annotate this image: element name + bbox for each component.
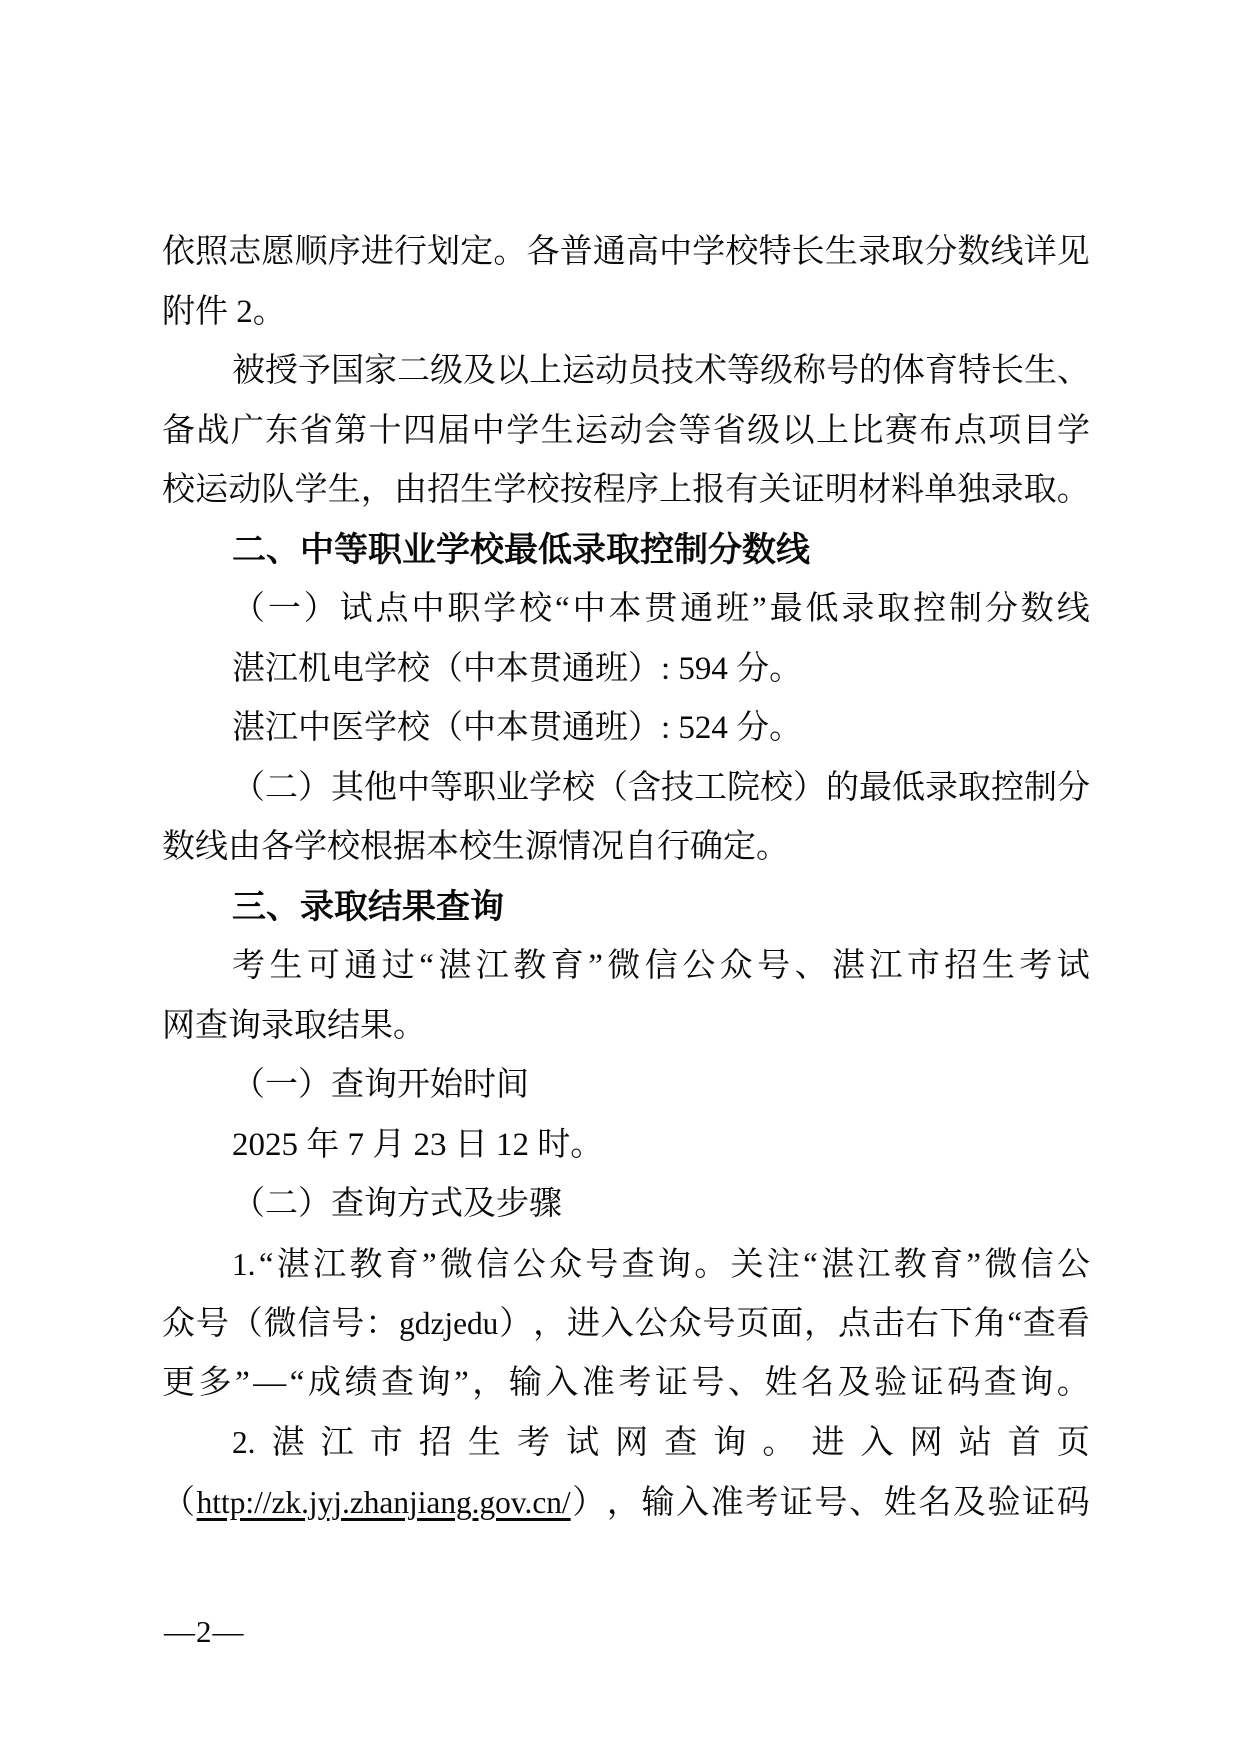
text-token: 数 [957,223,990,283]
text-token: 校 [162,461,195,521]
text-token: （ [595,759,628,819]
text-token: 入 [676,1474,709,1534]
text-token: 证 [780,1474,813,1534]
text-token: （ [232,580,265,640]
text-token: 号 [691,1354,724,1414]
text-token: 材 [858,461,891,521]
text-token: 报 [692,461,725,521]
text-token: ” [752,580,767,640]
text-token: 级 [747,402,780,462]
text-token: （二）查询方式及步骤 [232,1186,562,1222]
text-token: 级 [430,342,463,402]
text-token: 多 [199,1354,232,1414]
text-token: 特 [759,223,792,283]
text-token: 明 [825,461,858,521]
text-token: 最 [859,759,892,819]
text-token: 下 [940,1295,973,1355]
text-token: （一）查询开始时间 [232,1067,529,1103]
text-token: 术 [694,342,727,402]
text-token: 、 [795,937,828,997]
text-token: 最 [770,580,803,640]
text-token: — [253,1354,286,1414]
text-token: 项 [988,402,1021,462]
text-token: 序 [626,461,659,521]
text-token: 及 [838,1354,871,1414]
text-token: 信 [645,937,678,997]
text-token: 含 [628,759,661,819]
text-line: 2.湛江市招生考试网查询。进入网站首页 [162,1413,1090,1473]
text-token: 通 [344,937,377,997]
text-token: ： [365,1295,398,1355]
text-token: 江 [857,1236,890,1296]
text-token: 分 [1057,759,1090,819]
text-token: 技 [661,759,694,819]
text-token: 学 [506,402,539,462]
text-token: 成 [308,1354,341,1414]
text-token: 行 [394,223,427,283]
text-token: ） [499,1295,532,1355]
text-token: 关 [731,1236,764,1296]
text-token: 进 [567,1295,600,1355]
text-token: ， [607,1474,640,1534]
text-token: 职 [447,580,480,640]
text-token: ， [804,1295,837,1355]
text-token: 控 [913,580,946,640]
text-token: 绩 [345,1354,378,1414]
text-token: 详 [1024,223,1057,283]
text-token: ， [472,1354,505,1414]
text-token: 。 [762,1414,795,1474]
text-token: 通 [593,223,626,283]
text-token: 见 [1057,223,1090,283]
text-token: 学 [1057,402,1090,462]
text-token: 生 [541,402,574,462]
text-token: 查 [622,1236,655,1296]
text-token: 查 [1023,1295,1056,1355]
text-line: （一）查询开始时间 [162,1056,1090,1116]
text-token: 考 [618,1354,651,1414]
text-token: 证 [655,1354,688,1414]
text-token: 教 [513,937,546,997]
text-token: 输 [509,1354,542,1414]
text-line: （二）查询方式及步骤 [162,1175,1090,1235]
text-token: 动 [609,402,642,462]
text-token: 微 [984,1236,1017,1296]
text-token: 注 [767,1236,800,1296]
text-line: 附件 2。 [162,283,1090,343]
text-line: 湛江中医学校（中本贯通班）: 524 分。 [162,699,1090,759]
text-token: 长 [792,223,825,283]
text-token: 页 [736,1295,769,1355]
text-token: 考 [517,1414,550,1474]
text-token: 号 [196,1295,229,1355]
text-token: 程 [593,461,626,521]
text-token: 中 [659,223,692,283]
text-token: 江 [321,1414,354,1474]
text-token: 授 [265,342,298,402]
text-token: 号 [331,1295,364,1355]
text-token: 右 [906,1295,939,1355]
text-token: 比 [850,402,883,462]
text-token: 上 [659,461,692,521]
text-token: （ [232,759,265,819]
text-token: 湛 [277,1236,310,1296]
text-token: “ [419,937,434,997]
text-token: 取 [891,223,924,283]
text-token: 会 [644,402,677,462]
text-token: 微 [607,937,640,997]
text-token: 准 [582,1354,615,1414]
text-token: 可 [307,937,340,997]
text-token: 入 [601,1295,634,1355]
text-token: 二 [265,759,298,819]
text-token: 以 [496,342,529,402]
text-line: 湛江机电学校（中本贯通班）: 594 分。 [162,640,1090,700]
text-token: 校 [760,759,793,819]
text-line: 数线由各学校根据本校生源情况自行确定。 [162,818,1090,878]
text-token: 考 [745,1474,778,1534]
text-token: 控 [991,759,1024,819]
text-token: 数线由各学校根据本校生源情况自行确定。 [162,829,789,865]
text-token: 单 [924,461,957,521]
text-line: 2025 年 7 月 23 日 12 时。 [162,1116,1090,1176]
text-line: 二、中等职业学校最低录取控制分数线 [162,521,1090,581]
text-line: 网查询录取结果。 [162,997,1090,1057]
text-token: 学 [295,461,328,521]
text-token: 、 [728,1354,761,1414]
text-token: 低 [805,580,838,640]
text-token: 页 [1057,1414,1090,1474]
text-token: 询 [713,1414,746,1474]
text-token: “ [555,580,570,640]
text-token: 信 [298,1295,331,1355]
text-token: 分 [924,223,957,283]
text-token: gdzjedu [399,1294,498,1354]
text-token: 运 [575,402,608,462]
text-token: 育 [925,342,958,402]
text-token: 招 [419,1414,452,1474]
text-token: 码 [947,1354,980,1414]
text-token: 划 [427,223,460,283]
text-token: 家 [364,342,397,402]
text-token: 网查询录取结果。 [162,1008,426,1044]
text-line: 备战广东省第十四届中学生运动会等省级以上比赛布点项目学 [162,402,1090,462]
text-token: 线 [1057,580,1090,640]
document-page: 依照志愿顺序进行划定。各普通高中学校特长生录取分数线详见附件 2。被授予国家二级… [0,0,1240,1754]
text-token: 运 [562,342,595,402]
text-token: 号 [702,1295,735,1355]
text-token: 序 [328,223,361,283]
text-token: 微 [440,1236,473,1296]
text-token: 2025 年 7 月 23 日 12 时。 [232,1127,603,1163]
text-token: 校 [519,580,552,640]
text-token: 教 [894,1236,927,1296]
text-token: 。 [1057,1354,1090,1414]
text-line: 校运动队学生，由招生学校按程序上报有关证明材料单独录取。 [162,461,1090,521]
text-token: ） [572,1474,605,1534]
text-token: 独 [957,461,990,521]
text-token: 录 [858,223,891,283]
text-token: 众 [669,1295,702,1355]
text-token: 二 [397,342,430,402]
text-token: 及 [953,1474,986,1534]
text-token: ” [454,1354,469,1414]
text-token: 号 [585,1236,618,1296]
text-token: 号 [826,342,859,402]
text-token: 业 [496,759,529,819]
text-token: 生 [460,461,493,521]
text-token: 等 [678,402,711,462]
text-token: 及 [463,342,496,402]
text-token: 公 [513,1236,546,1296]
text-token: 班 [716,580,749,640]
text-token: 市 [907,937,940,997]
text-token: 制 [1024,759,1057,819]
text-token: ， [361,461,394,521]
text-token: 定 [460,223,493,283]
text-token: 布 [919,402,952,462]
text-token: 线 [991,223,1024,283]
text-token: 湛江机电学校（中本贯通班）: 594 分。 [232,651,802,687]
text-token: 照 [195,223,228,283]
text-token: 予 [298,342,331,402]
text-token: 众 [720,937,753,997]
text-token: 中 [411,580,444,640]
text-token: ” [422,1236,437,1296]
text-token: 运 [195,461,228,521]
text-token: 队 [261,461,294,521]
text-token: 的 [859,342,892,402]
text-token: 查 [984,1354,1017,1414]
text-token: 届 [437,402,470,462]
text-token: 证 [1022,1474,1055,1534]
text-token: 生 [1024,342,1057,402]
url-link[interactable]: http://zk.jyj.zhanjiang.gov.cn/ [197,1473,571,1533]
text-token: 招 [944,937,977,997]
text-token: 姓 [884,1474,917,1534]
text-token: 高 [626,223,659,283]
text-token: 公 [682,937,715,997]
text-token: 以 [782,402,815,462]
text-token: 取 [877,580,910,640]
text-token: 准 [711,1474,744,1534]
text-token: 其 [331,759,364,819]
text-token: 生 [825,223,858,283]
text-token: ” [235,1354,250,1414]
text-token: 招 [427,461,460,521]
text-token: 更 [162,1354,195,1414]
text-token: 级 [760,342,793,402]
text-token: 东 [265,402,298,462]
text-token: 职 [463,759,496,819]
text-token: 号 [815,1474,848,1534]
text-token: 制 [949,580,982,640]
text-token: 特 [958,342,991,402]
text-token: 省 [300,402,333,462]
text-token: 网 [615,1414,648,1474]
text-token: 一 [268,580,301,640]
text-token: 信 [476,1236,509,1296]
text-token: 入 [545,1354,578,1414]
text-token: 首 [1008,1414,1041,1474]
text-token: （ [162,1474,195,1534]
text-line: （http://zk.jyj.zhanjiang.gov.cn/），输入准考证号… [162,1473,1090,1533]
text-token: 生 [982,937,1015,997]
text-token: 赛 [885,402,918,462]
text-token: 。 [493,223,526,283]
text-token: 学 [483,580,516,640]
text-token: “ [259,1236,274,1296]
text-token: 育 [386,1236,419,1296]
text-token: 三、录取结果查询 [232,888,504,926]
text-line: （二）其他中等职业学校（含技工院校）的最低录取控制分 [162,759,1090,819]
text-token: 众 [162,1295,195,1355]
text-token: 生 [468,1414,501,1474]
text-token: 江 [476,937,509,997]
text-token: 教 [349,1236,382,1296]
text-token: 动 [228,461,261,521]
text-token: 附件 2。 [162,294,286,330]
text-line: 依照志愿顺序进行划定。各普通高中学校特长生录取分数线详见 [162,223,1090,283]
text-token: （ [230,1295,263,1355]
text-token: 码 [1057,1474,1090,1534]
text-token: 江 [869,937,902,997]
text-token: 等 [727,342,760,402]
text-token: 校 [562,759,595,819]
text-token: 本 [608,580,641,640]
text-token: 校 [725,223,758,283]
text-token: 育 [551,937,584,997]
text-token: 号 [757,937,790,997]
text-token: 1. [232,1235,256,1295]
text-token: 取 [958,759,991,819]
text-token: 四 [403,402,436,462]
text-token: 点 [954,402,987,462]
text-token: 由 [394,461,427,521]
text-token: 二、中等职业学校最低录取控制分数线 [232,531,810,569]
text-token: 生 [269,937,302,997]
text-token: 学 [692,223,725,283]
text-token: 试 [1057,937,1090,997]
text-token: 名 [918,1474,951,1534]
text-token: 数 [1021,580,1054,640]
text-token: 试 [566,1414,599,1474]
text-token: ） [298,759,331,819]
text-token: 。 [1057,461,1090,521]
text-token: 录 [841,580,874,640]
text-token: 入 [861,1414,894,1474]
text-token: 目 [1023,402,1056,462]
text-token: 湛 [438,937,471,997]
text-line: 众号（微信号：gdzjedu），进入公众号页面，点击右下角“查看 [162,1294,1090,1354]
text-token: ） [793,759,826,819]
text-token: 公 [635,1295,668,1355]
text-token: ， [533,1295,566,1355]
text-token: 普 [560,223,593,283]
text-token: 湛 [272,1414,305,1474]
text-token: 。 [694,1236,727,1296]
text-token: 按 [560,461,593,521]
text-token: 通 [680,580,713,640]
text-token: 志 [228,223,261,283]
text-token: 2. [232,1413,256,1473]
text-token: 、 [1057,342,1090,402]
text-token: 信 [1021,1236,1054,1296]
text-token: 技 [661,342,694,402]
text-line: 考生可通过“湛江教育”微信公众号、湛江市招生考试 [162,937,1090,997]
text-token: 询 [658,1236,691,1296]
text-token: 长 [991,342,1024,402]
text-token: 十 [369,402,402,462]
text-token: 顺 [295,223,328,283]
text-token: 学 [493,461,526,521]
text-token: 校 [527,461,560,521]
text-token: 进 [811,1414,844,1474]
text-token: 等 [430,759,463,819]
text-token: “ [290,1354,305,1414]
text-line: 1.“湛江教育”微信公众号查询。关注“湛江教育”微信公 [162,1235,1090,1295]
text-token: 分 [985,580,1018,640]
text-token: 关 [759,461,792,521]
text-token: 第 [334,402,367,462]
text-token: 备 [162,402,195,462]
text-token: 广 [231,402,264,462]
text-token: 体 [892,342,925,402]
text-token: 各 [527,223,560,283]
text-line: （一）试点中职学校“中本贯通班”最低录取控制分数线 [162,580,1090,640]
text-token: 国 [331,342,364,402]
text-token: 询 [418,1354,451,1414]
text-token: 员 [628,342,661,402]
text-token: ” [966,1236,981,1296]
text-token: “ [1007,1295,1022,1355]
text-token: 试 [340,580,373,640]
text-token: 院 [727,759,760,819]
text-token: 面 [770,1295,803,1355]
text-token: 录 [925,759,958,819]
text-token: 生 [328,461,361,521]
text-token: 验 [988,1474,1021,1534]
text-token: 省 [713,402,746,462]
document-body: 依照志愿顺序进行划定。各普通高中学校特长生录取分数线详见附件 2。被授予国家二级… [162,223,1090,1532]
text-token: 询 [1020,1354,1053,1414]
text-token: 上 [816,402,849,462]
text-token: 姓 [765,1354,798,1414]
text-token: 湛 [821,1236,854,1296]
text-token: 被 [232,342,265,402]
text-token: 战 [196,402,229,462]
text-token: 站 [959,1414,992,1474]
text-token: 中 [472,402,505,462]
text-token: 点 [838,1295,871,1355]
text-token: 湛 [832,937,865,997]
text-token: 看 [1057,1295,1090,1355]
text-token: 查 [664,1414,697,1474]
text-token: 过 [382,937,415,997]
text-token: 取 [1024,461,1057,521]
text-token: 微 [264,1295,297,1355]
text-token: 验 [874,1354,907,1414]
text-token: 证 [792,461,825,521]
text-token: 中 [573,580,606,640]
text-token: 料 [891,461,924,521]
text-token: ” [588,937,603,997]
text-token: 公 [1057,1236,1090,1296]
text-token: 称 [793,342,826,402]
page-number: —2— [164,1612,245,1652]
text-token: 角 [973,1295,1006,1355]
text-token: 考 [232,937,265,997]
